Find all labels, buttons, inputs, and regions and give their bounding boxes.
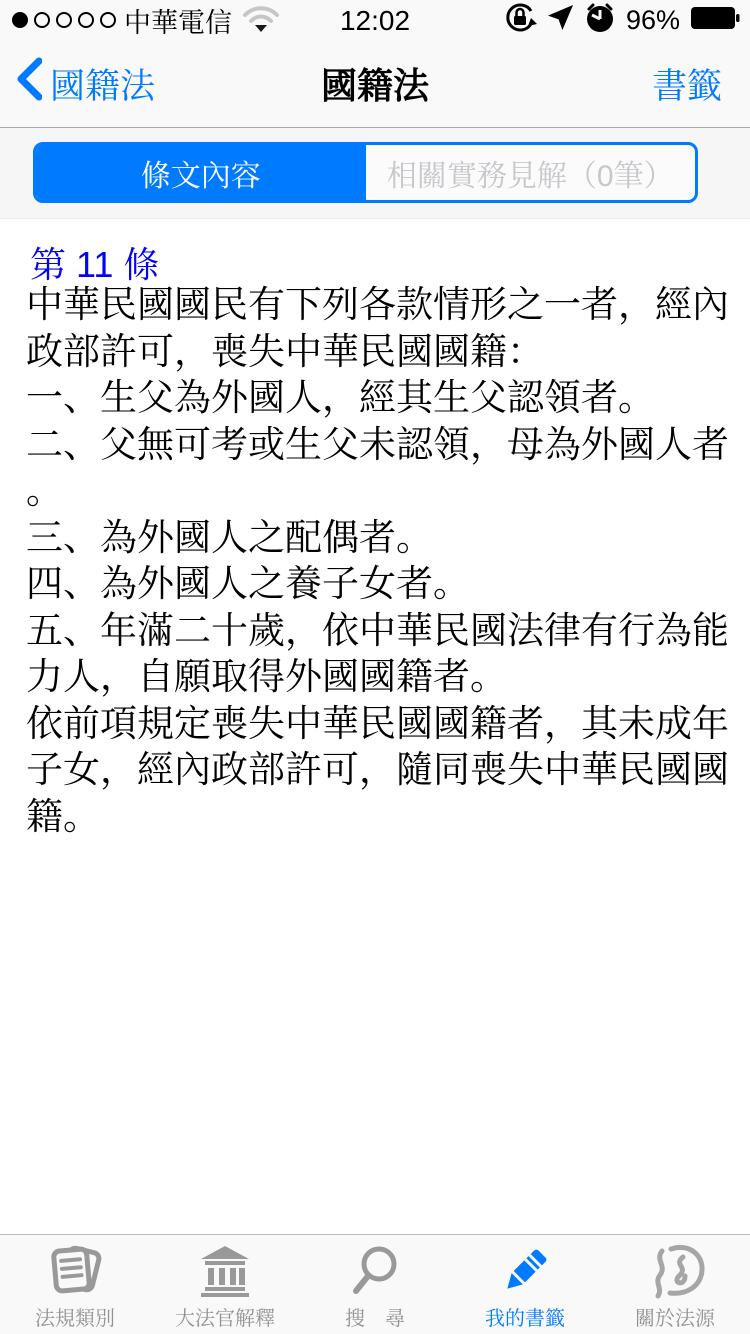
article-line: 三、為外國人之配偶者。 xyxy=(26,515,732,562)
article-line: 籍。 xyxy=(26,794,732,841)
back-button-label: 國籍法 xyxy=(50,59,155,109)
orientation-lock-icon xyxy=(503,1,537,40)
tab-my-bookmarks[interactable]: 我的書籤 xyxy=(450,1235,600,1334)
status-right: 96% xyxy=(503,0,740,40)
tab-bar: 法規類別 大法官解釋 xyxy=(0,1234,750,1334)
documents-icon xyxy=(46,1240,104,1302)
app-screen: 中華電信 12:02 xyxy=(0,0,750,1334)
article-number-heading: 第 11 條 xyxy=(30,237,159,288)
status-bar: 中華電信 12:02 xyxy=(0,0,750,40)
nav-bar: 國籍法 國籍法 書籤 xyxy=(0,40,750,127)
segment-related-opinions[interactable]: 相關實務見解（0筆） xyxy=(366,145,696,200)
court-icon xyxy=(198,1240,252,1302)
page-title: 國籍法 xyxy=(150,40,600,127)
header: 中華電信 12:02 xyxy=(0,0,750,128)
pencil-icon xyxy=(497,1240,553,1302)
article-line: 二、父無可考或生父未認領，母為外國人者 xyxy=(26,422,732,469)
location-icon xyxy=(547,4,574,36)
article-line: 中華民國國民有下列各款情形之一者，經內 xyxy=(26,282,732,329)
tab-grand-justice-interpretations[interactable]: 大法官解釋 xyxy=(150,1235,300,1334)
article-line: 依前項規定喪失中華民國國籍者，其未成年 xyxy=(26,701,732,748)
tab-about-lawbank[interactable]: 關於法源 xyxy=(600,1235,750,1334)
tab-label: 搜 尋 xyxy=(345,1302,405,1331)
article-line: 力人，自願取得外國國籍者。 xyxy=(26,654,732,701)
article-line: 。 xyxy=(26,468,732,515)
article-body: 中華民國國民有下列各款情形之一者，經內 政部許可，喪失中華民國國籍： 一、生父為… xyxy=(26,282,732,840)
battery-icon xyxy=(690,6,740,35)
tab-label: 法規類別 xyxy=(35,1302,115,1331)
lawbank-logo-icon xyxy=(644,1240,706,1302)
tab-law-categories[interactable]: 法規類別 xyxy=(0,1235,150,1334)
article-line: 一、生父為外國人，經其生父認領者。 xyxy=(26,375,732,422)
segmented-band: 條文內容 相關實務見解（0筆） xyxy=(0,128,750,219)
article-line: 子女，經內政部許可，隨同喪失中華民國國 xyxy=(26,747,732,794)
alarm-icon xyxy=(584,2,616,39)
segmented-control: 條文內容 相關實務見解（0筆） xyxy=(33,142,698,203)
chevron-left-icon xyxy=(16,57,42,110)
article-line: 四、為外國人之養子女者。 xyxy=(26,561,732,608)
article-line: 五、年滿二十歲，依中華民國法律有行為能 xyxy=(26,608,732,655)
back-button[interactable]: 國籍法 xyxy=(16,40,155,127)
tab-label: 大法官解釋 xyxy=(175,1302,275,1331)
tab-label: 關於法源 xyxy=(635,1302,715,1331)
tab-search[interactable]: 搜 尋 xyxy=(300,1235,450,1334)
battery-percent-label: 96% xyxy=(626,5,680,36)
tab-label: 我的書籤 xyxy=(485,1302,565,1331)
bookmark-button[interactable]: 書籤 xyxy=(652,40,722,127)
search-icon xyxy=(350,1240,400,1302)
article-line: 政部許可，喪失中華民國國籍： xyxy=(26,329,732,376)
segment-article-content[interactable]: 條文內容 xyxy=(36,145,366,200)
